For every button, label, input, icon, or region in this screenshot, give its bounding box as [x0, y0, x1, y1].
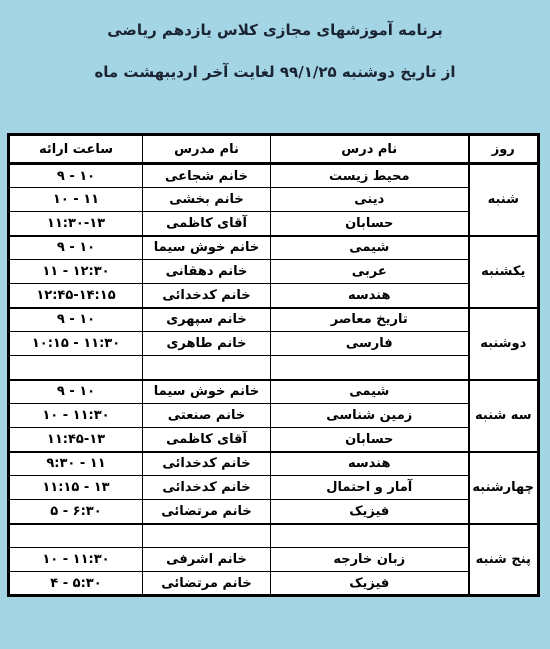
teacher-cell: خانم کدخدائی	[143, 476, 271, 500]
teacher-cell: آقای کاظمی	[143, 428, 271, 452]
table-row-empty: پنج شنبه	[9, 524, 539, 548]
time-cell: ۱۱:۳۰-۱۳	[9, 212, 143, 236]
teacher-cell: خانم خوش سیما	[143, 236, 271, 260]
column-header-day: روز	[469, 135, 539, 164]
teacher-cell: خانم صنعتی	[143, 404, 271, 428]
teacher-cell: خانم شجاعی	[143, 164, 271, 188]
day-cell: چهارشنبه	[469, 452, 539, 524]
course-cell: فارسی	[271, 332, 469, 356]
table-row: زبان خارجه خانم اشرفی ۱۰ - ۱۱:۳۰	[9, 548, 539, 572]
time-cell: ۱۰ - ۱۱:۳۰	[9, 548, 143, 572]
table-row: شنبه محیط زیست خانم شجاعی ۹ - ۱۰	[9, 164, 539, 188]
teacher-cell: خانم کدخدائی	[143, 284, 271, 308]
course-cell: زمین شناسی	[271, 404, 469, 428]
table-row: دوشنبه تاریخ معاصر خانم سپهری ۹ - ۱۰	[9, 308, 539, 332]
course-cell: فیزیک	[271, 500, 469, 524]
course-cell: زبان خارجه	[271, 548, 469, 572]
course-cell	[271, 356, 469, 380]
page-title: برنامه آموزشهای مجازی کلاس یازدهم ریاضی	[0, 21, 550, 39]
course-cell: حسابان	[271, 428, 469, 452]
schedule-table: روز نام درس نام مدرس ساعت ارائه شنبه محی…	[7, 133, 540, 597]
column-header-course: نام درس	[271, 135, 469, 164]
time-cell: ۱۱:۴۵-۱۳	[9, 428, 143, 452]
time-cell: ۴ - ۵:۳۰	[9, 572, 143, 596]
day-cell: پنج شنبه	[469, 524, 539, 596]
teacher-cell: خانم سپهری	[143, 308, 271, 332]
teacher-cell: خانم مرتضائی	[143, 500, 271, 524]
table-row: چهارشنبه هندسه خانم کدخدائی ۹:۳۰ - ۱۱	[9, 452, 539, 476]
time-cell: ۵ - ۶:۳۰	[9, 500, 143, 524]
day-cell: یکشنبه	[469, 236, 539, 308]
time-cell: ۱۰ - ۱۱	[9, 188, 143, 212]
time-cell: ۹ - ۱۰	[9, 308, 143, 332]
page-subtitle-date-range: از تاریخ دوشنبه ۹۹/۱/۲۵ لغایت آخر اردیبه…	[0, 63, 550, 81]
teacher-cell	[143, 524, 271, 548]
table-row: فارسی خانم طاهری ۱۰:۱۵ - ۱۱:۳۰	[9, 332, 539, 356]
teacher-cell	[143, 356, 271, 380]
teacher-cell: خانم اشرفی	[143, 548, 271, 572]
table-row: حسابان آقای کاظمی ۱۱:۳۰-۱۳	[9, 212, 539, 236]
time-cell: ۹:۳۰ - ۱۱	[9, 452, 143, 476]
table-row: عربی خانم دهقانی ۱۱ - ۱۲:۳۰	[9, 260, 539, 284]
course-cell: آمار و احتمال	[271, 476, 469, 500]
column-header-time: ساعت ارائه	[9, 135, 143, 164]
course-cell	[271, 524, 469, 548]
time-cell: ۱۱ - ۱۲:۳۰	[9, 260, 143, 284]
teacher-cell: خانم خوش سیما	[143, 380, 271, 404]
table-row: فیزیک خانم مرتضائی ۴ - ۵:۳۰	[9, 572, 539, 596]
table-row: حسابان آقای کاظمی ۱۱:۴۵-۱۳	[9, 428, 539, 452]
time-cell: ۱۲:۴۵-۱۴:۱۵	[9, 284, 143, 308]
course-cell: عربی	[271, 260, 469, 284]
table-row: فیزیک خانم مرتضائی ۵ - ۶:۳۰	[9, 500, 539, 524]
teacher-cell: خانم کدخدائی	[143, 452, 271, 476]
column-header-teacher: نام مدرس	[143, 135, 271, 164]
teacher-cell: خانم مرتضائی	[143, 572, 271, 596]
teacher-cell: خانم دهقانی	[143, 260, 271, 284]
table-row: یکشنبه شیمی خانم خوش سیما ۹ - ۱۰	[9, 236, 539, 260]
course-cell: دینی	[271, 188, 469, 212]
time-cell: ۹ - ۱۰	[9, 164, 143, 188]
course-cell: محیط زیست	[271, 164, 469, 188]
time-cell: ۹ - ۱۰	[9, 380, 143, 404]
table-row: هندسه خانم کدخدائی ۱۲:۴۵-۱۴:۱۵	[9, 284, 539, 308]
time-cell	[9, 356, 143, 380]
day-cell: شنبه	[469, 164, 539, 236]
course-cell: تاریخ معاصر	[271, 308, 469, 332]
table-row: زمین شناسی خانم صنعتی ۱۰ - ۱۱:۳۰	[9, 404, 539, 428]
table-header-row: روز نام درس نام مدرس ساعت ارائه	[9, 135, 539, 164]
course-cell: شیمی	[271, 236, 469, 260]
table-row: دینی خانم بخشی ۱۰ - ۱۱	[9, 188, 539, 212]
teacher-cell: خانم طاهری	[143, 332, 271, 356]
table-row-empty	[9, 356, 539, 380]
table-row: آمار و احتمال خانم کدخدائی ۱۱:۱۵ - ۱۳	[9, 476, 539, 500]
schedule-page: برنامه آموزشهای مجازی کلاس یازدهم ریاضی …	[0, 0, 550, 649]
course-cell: هندسه	[271, 452, 469, 476]
day-cell: دوشنبه	[469, 308, 539, 380]
table-row: سه شنبه شیمی خانم خوش سیما ۹ - ۱۰	[9, 380, 539, 404]
time-cell: ۱۰ - ۱۱:۳۰	[9, 404, 143, 428]
time-cell: ۹ - ۱۰	[9, 236, 143, 260]
time-cell: ۱۱:۱۵ - ۱۳	[9, 476, 143, 500]
course-cell: فیزیک	[271, 572, 469, 596]
course-cell: شیمی	[271, 380, 469, 404]
course-cell: حسابان	[271, 212, 469, 236]
teacher-cell: آقای کاظمی	[143, 212, 271, 236]
time-cell: ۱۰:۱۵ - ۱۱:۳۰	[9, 332, 143, 356]
teacher-cell: خانم بخشی	[143, 188, 271, 212]
time-cell	[9, 524, 143, 548]
day-cell: سه شنبه	[469, 380, 539, 452]
course-cell: هندسه	[271, 284, 469, 308]
